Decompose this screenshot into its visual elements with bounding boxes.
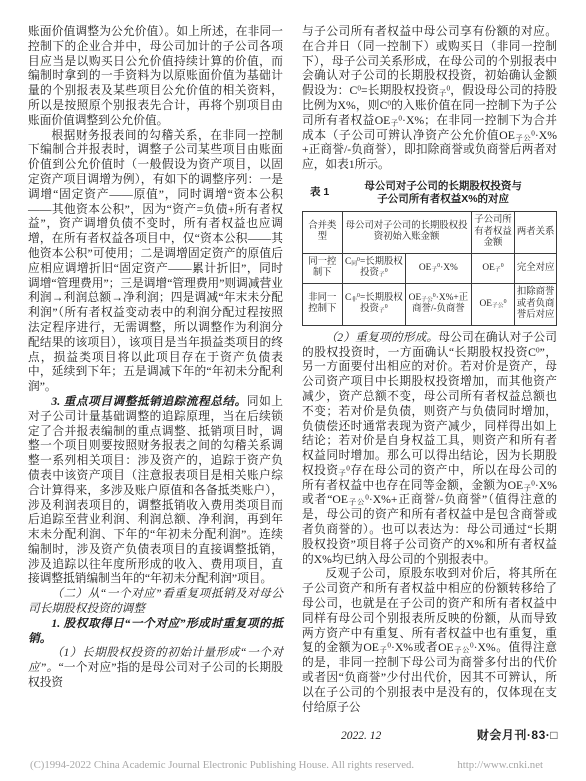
table-cell: C同0=长期股权投资子0 xyxy=(342,253,406,283)
table-cell: 完全对应 xyxy=(515,253,557,283)
table-cell: C非0=长期股权投资子0 xyxy=(342,283,406,325)
text-columns: 账面价值调整为公允价值）。如上所述，在非同一控制下的企业合并中，母公司加计的子公… xyxy=(28,25,558,715)
paragraph: 账面价值调整为公允价值）。如上所述，在非同一控制下的企业合并中，母公司加计的子公… xyxy=(28,25,283,129)
paragraph: 3. 重点项目调整抵销追踪流程总结。同如上对子公司计量基础调整的追踪原理，当在后… xyxy=(28,395,283,587)
table-cell: 非同一控制下 xyxy=(303,283,343,325)
table-cell: OE子公0 xyxy=(471,283,515,325)
left-column: 账面价值调整为公允价值）。如上所述，在非同一控制下的企业合并中，母公司加计的子公… xyxy=(28,25,283,715)
paragraph: 与子公司所有者权益中母公司享有份额的对应。在合并日（同一控制下）或购买日（非同一… xyxy=(302,25,557,173)
table-cell: OE子0·X% xyxy=(406,253,472,283)
text-segment: 3. 重点项目调整抵销追踪流程总结。 xyxy=(51,395,246,408)
copyright-text: (C)1994-2022 China Academic Journal Elec… xyxy=(30,759,414,772)
text-segment: （二）从“一个对应”看重复项抵销及对母公司长期股权投资的调整 xyxy=(28,587,283,615)
table-1: 合并类型母公司对子公司的长期股权投资初始入账金额子公司所有者权益金额两者关系同一… xyxy=(302,211,557,326)
table-row: 非同一控制下C非0=长期股权投资子0OE子公0·X%+正商誉/-负商誉OE子公0… xyxy=(303,283,557,325)
table-1-block: 表 1 母公司对子公司的长期股权投资与 子公司所有者权益X%的对应 合并类型母公… xyxy=(302,180,557,326)
copyright-url: http://www.cnki.net xyxy=(457,759,543,772)
text-segment: 与子公司所有者权益中母公司享有份额的对应。在合并日（同一控制下）或购买日（非同一… xyxy=(302,25,557,171)
table-header-cell: 子公司所有者权益金额 xyxy=(471,211,515,253)
table-cell: 扣除商誉或者负商誉后对应 xyxy=(515,283,557,325)
table-label: 表 1 xyxy=(302,186,329,199)
table-1-body: 合并类型母公司对子公司的长期股权投资初始入账金额子公司所有者权益金额两者关系同一… xyxy=(303,211,557,325)
paragraph: （二）从“一个对应”看重复项抵销及对母公司长期股权投资的调整 xyxy=(28,587,283,617)
table-cell: 同一控制下 xyxy=(303,253,343,283)
text-segment: 1. 股权取得日“一个对应”形成时重复项的抵销。 xyxy=(28,617,283,645)
table-cell: OE子0 xyxy=(471,253,515,283)
table-heading: 母公司对子公司的长期股权投资与 子公司所有者权益X%的对应 xyxy=(329,180,557,206)
paragraph: 1. 股权取得日“一个对应”形成时重复项的抵销。 xyxy=(28,617,283,647)
page-footer: 2022. 12 财会月刊·83·□ xyxy=(303,726,558,743)
paragraph: 反观子公司，原股东收到对价后，将其所在子公司资产和所有者权益中相应的份额转移给了… xyxy=(302,567,557,715)
right-column: 与子公司所有者权益中母公司享有份额的对应。在合并日（同一控制下）或购买日（非同一… xyxy=(302,25,557,715)
table-header-cell: 两者关系 xyxy=(515,211,557,253)
text-segment: 反观子公司，原股东收到对价后，将其所在子公司资产和所有者权益中相应的份额转移给了… xyxy=(302,567,557,713)
paragraph: （1）长期股权投资的初始计量形成“一个对应”。“一个对应”指的是母公司对子公司的… xyxy=(28,646,283,690)
text-segment: 根据财务报表间的勾稽关系，在非同一控制下编制合并报表时，调整子公司某些项目由账面… xyxy=(28,129,283,394)
copyright-line: (C)1994-2022 China Academic Journal Elec… xyxy=(30,759,543,772)
table-row: 同一控制下C同0=长期股权投资子0OE子0·X%OE子0完全对应 xyxy=(303,253,557,283)
right-col-post-table: （2）重复项的形成。母公司在确认对子公司的股权投资时，一方面确认“长期股权投资C… xyxy=(302,331,557,716)
table-heading-line-1: 母公司对子公司的长期股权投资与 xyxy=(364,180,522,192)
table-header-cell: 合并类型 xyxy=(303,211,343,253)
footer-date: 2022. 12 xyxy=(341,730,381,742)
text-segment: 账面价值调整为公允价值）。如上所述，在非同一控制下的企业合并中，母公司加计的子公… xyxy=(28,25,283,127)
table-header-row: 合并类型母公司对子公司的长期股权投资初始入账金额子公司所有者权益金额两者关系 xyxy=(303,211,557,253)
table-heading-line-2: 子公司所有者权益X%的对应 xyxy=(377,193,509,205)
text-segment: 同如上对子公司计量基础调整的追踪原理，当在后续锁定了合并报表编制的重点调整、抵销… xyxy=(28,395,283,586)
text-segment: 母公司在确认对子公司的股权投资时，一方面确认“长期股权投资C0”，另一方面要付出… xyxy=(302,331,557,566)
table-1-title: 表 1 母公司对子公司的长期股权投资与 子公司所有者权益X%的对应 xyxy=(302,180,557,206)
paragraph: （2）重复项的形成。母公司在确认对子公司的股权投资时，一方面确认“长期股权投资C… xyxy=(302,331,557,568)
table-cell: OE子公0·X%+正商誉/-负商誉 xyxy=(406,283,472,325)
paragraph: 根据财务报表间的勾稽关系，在非同一控制下编制合并报表时，调整子公司某些项目由账面… xyxy=(28,129,283,395)
text-segment: “一个对应”指的是母公司对子公司的长期股权投资 xyxy=(28,661,283,689)
page: 账面价值调整为公允价值）。如上所述，在非同一控制下的企业合并中，母公司加计的子公… xyxy=(0,0,586,781)
right-col-pre-table: 与子公司所有者权益中母公司享有份额的对应。在合并日（同一控制下）或购买日（非同一… xyxy=(302,25,557,173)
text-segment: （2）重复项的形成。 xyxy=(325,331,438,344)
table-header-cell: 母公司对子公司的长期股权投资初始入账金额 xyxy=(342,211,471,253)
footer-journal-page: 财会月刊·83·□ xyxy=(477,726,558,743)
